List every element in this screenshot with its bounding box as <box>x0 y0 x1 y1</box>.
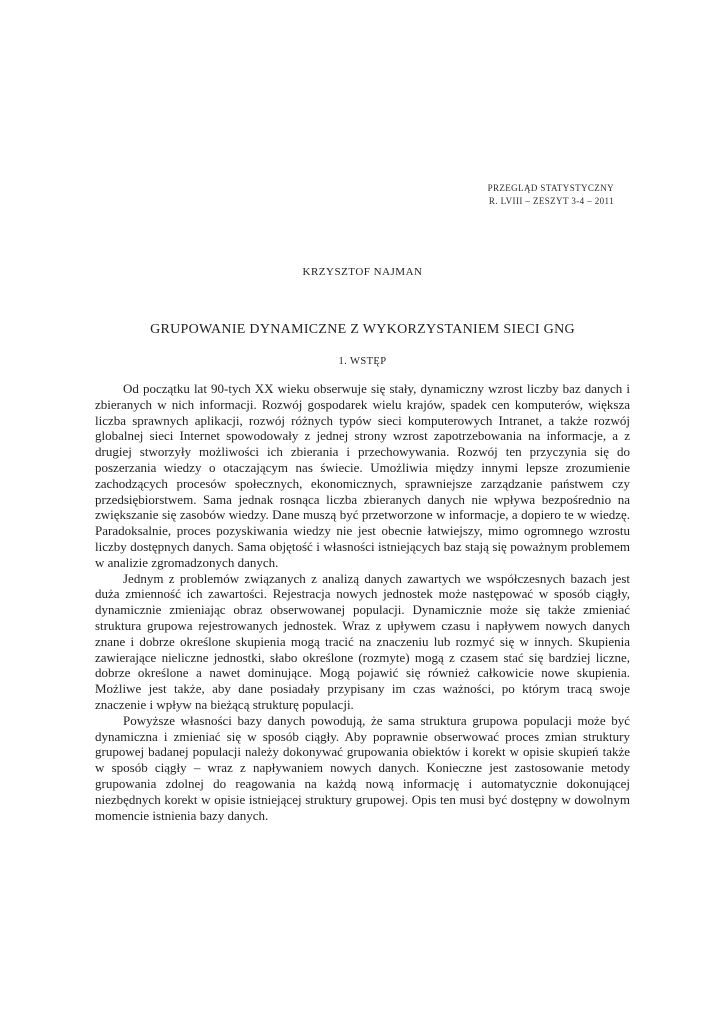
author-name: KRZYSZTOF NAJMAN <box>95 266 630 278</box>
journal-header: PRZEGLĄD STATYSTYCZNY R. LVIII – ZESZYT … <box>488 182 614 207</box>
article-title: GRUPOWANIE DYNAMICZNE Z WYKORZYSTANIEM S… <box>75 322 650 338</box>
journal-name: PRZEGLĄD STATYSTYCZNY <box>488 182 614 195</box>
journal-issue: R. LVIII – ZESZYT 3-4 – 2011 <box>488 195 614 208</box>
paragraph-intro-1: Od początku lat 90-tych XX wieku obserwu… <box>95 381 630 571</box>
paragraph-intro-3: Powyższe własności bazy danych powodują,… <box>95 713 630 824</box>
article-body: Od początku lat 90-tych XX wieku obserwu… <box>95 381 630 823</box>
document-page: PRZEGLĄD STATYSTYCZNY R. LVIII – ZESZYT … <box>0 0 724 1024</box>
paragraph-intro-2: Jednym z problemów związanych z analizą … <box>95 571 630 713</box>
section-heading: 1. WSTĘP <box>95 356 630 367</box>
